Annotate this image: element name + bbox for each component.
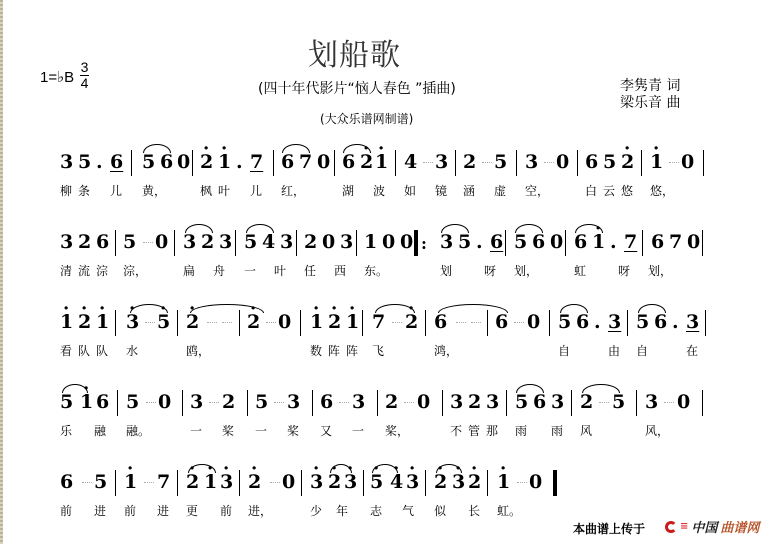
note: 5 <box>78 152 91 172</box>
barline <box>247 390 248 416</box>
lyric-syllable: 涵 <box>463 182 475 199</box>
note: 0 <box>529 472 542 492</box>
extension-dash <box>146 402 156 403</box>
extension-dash <box>456 322 466 323</box>
extension-dash <box>517 482 527 483</box>
barline <box>174 230 175 256</box>
extension-dash <box>266 322 276 323</box>
notes-line: 65172132032354323210 <box>0 470 765 500</box>
score-line: 121352201217266056.356.3看队队水鸥，数阵阵飞鸿，自由自在 <box>0 310 765 370</box>
note: 0 <box>681 152 694 172</box>
note: 6 <box>60 472 73 492</box>
note: 5 <box>603 152 616 172</box>
lyric-syllable: 风， <box>645 422 669 439</box>
key-signature: 1=♭B <box>40 68 74 86</box>
note: 5 <box>612 392 625 412</box>
note: 5 <box>558 312 571 332</box>
barline <box>703 150 704 176</box>
notes-line: 51650325363203235632530 <box>0 390 765 420</box>
time-numerator: 3 <box>81 60 89 75</box>
note: 3 <box>450 392 463 412</box>
barline <box>177 470 178 496</box>
extension-dash <box>145 322 155 323</box>
note: 2 <box>468 392 481 412</box>
note: 1 <box>218 152 231 172</box>
note: 5 <box>458 232 471 252</box>
lyric-syllable: 儿 <box>110 182 122 199</box>
logo-brand: 曲谱网 <box>720 517 759 536</box>
lyric-syllable: 桨 <box>287 422 299 439</box>
barline <box>115 310 116 336</box>
note: 3 <box>645 392 658 412</box>
lyric-syllable: 虚 <box>494 182 506 199</box>
note: 4 <box>262 232 275 252</box>
note: 2 <box>304 232 317 252</box>
score-line: 65172132032354323210前进前进更前进，少年志气似长虹。 <box>0 470 765 530</box>
barline <box>702 230 703 256</box>
barline <box>177 310 178 336</box>
note: 0 <box>400 232 413 252</box>
note: 5 <box>515 392 528 412</box>
lyric-syllable: 划 <box>440 262 452 279</box>
barline <box>192 150 193 176</box>
slur <box>582 384 620 393</box>
note: 0 <box>278 312 291 332</box>
extension-dash <box>471 322 481 323</box>
notes-line: 35.656021.767062143253065210 <box>0 150 765 180</box>
note: 3 <box>525 152 538 172</box>
barline <box>549 310 550 336</box>
lyric-syllable: 虹 <box>574 262 586 279</box>
lyric-syllable: 桨 <box>222 422 234 439</box>
note: 3 <box>126 312 139 332</box>
lyric-syllable: 叶 <box>218 182 230 199</box>
extension-dash <box>144 482 154 483</box>
barline <box>239 470 240 496</box>
dot-augmentation: . <box>96 152 103 172</box>
lyric-syllable: 条 <box>78 182 90 199</box>
note: 6 <box>110 152 123 172</box>
note: 6 <box>533 392 546 412</box>
note: 5 <box>142 152 155 172</box>
lyric-syllable: 自 <box>636 342 648 359</box>
lyric-syllable: 不 <box>450 422 462 439</box>
lyric-syllable: 管 <box>468 422 480 439</box>
note: 2 <box>328 472 341 492</box>
note: 0 <box>382 232 395 252</box>
note: 0 <box>556 152 569 172</box>
extension-dash <box>143 242 153 243</box>
lyric-syllable: 进 <box>157 502 169 519</box>
barline <box>487 470 488 496</box>
lyric-syllable: 队 <box>78 342 90 359</box>
lyric-syllable: 水 <box>126 342 138 359</box>
note: 0 <box>322 232 335 252</box>
lyric-syllable: 如 <box>404 182 416 199</box>
logo-c-icon <box>665 521 677 533</box>
note: 5 <box>494 152 507 172</box>
slur <box>560 304 588 313</box>
note: 5 <box>255 392 268 412</box>
note: 3 <box>452 472 465 492</box>
note: 7 <box>624 232 637 252</box>
barline <box>705 310 706 336</box>
lyric-syllable: 年 <box>336 502 348 519</box>
note: 2 <box>463 152 476 172</box>
note: 2 <box>186 312 199 332</box>
extension-dash <box>544 162 554 163</box>
time-signature: 3 4 <box>80 60 89 91</box>
note: 3 <box>60 232 73 252</box>
lyric-syllable: 进 <box>94 502 106 519</box>
lyric-syllable: 更 <box>186 502 198 519</box>
lyric-syllable: 湖 <box>342 182 354 199</box>
note: 3 <box>219 232 232 252</box>
notes-line: 121352201217266056.356.3 <box>0 310 765 340</box>
note: 3 <box>551 392 564 412</box>
note: 5 <box>244 232 257 252</box>
note: 3 <box>287 392 300 412</box>
lyric-syllable: 飞 <box>372 342 384 359</box>
barline <box>487 310 488 336</box>
lyric-syllable: 乐 <box>60 422 72 439</box>
lyric-syllable: 看 <box>60 342 72 359</box>
note: 6 <box>495 312 508 332</box>
note: 7 <box>250 152 263 172</box>
slur <box>515 224 543 233</box>
lyric-syllable: 融。 <box>126 422 150 439</box>
note: 6 <box>96 232 109 252</box>
note: 3 <box>60 152 73 172</box>
extension-dash <box>207 322 217 323</box>
lyric-syllable: 气 <box>402 502 414 519</box>
extension-dash <box>82 482 92 483</box>
dot-augmentation: . <box>476 232 483 252</box>
extension-dash <box>514 322 524 323</box>
note: 2 <box>385 392 398 412</box>
lyric-syllable: 划， <box>648 262 672 279</box>
lyric-syllable: 似 <box>434 502 446 519</box>
barline <box>182 390 183 416</box>
barline <box>334 150 335 176</box>
note: 0 <box>417 392 430 412</box>
barline <box>505 230 506 256</box>
lyric-syllable: 红， <box>281 182 305 199</box>
note: 1 <box>124 472 137 492</box>
barline <box>131 150 132 176</box>
note: 1 <box>310 312 323 332</box>
note: 3 <box>344 472 357 492</box>
lyric-syllable: 前 <box>124 502 136 519</box>
note: 5 <box>94 472 107 492</box>
lyric-syllable: 前 <box>60 502 72 519</box>
lyric-syllable: 桨， <box>385 422 409 439</box>
lyric-syllable: 鸥， <box>186 342 210 359</box>
lyric-syllable: 少 <box>310 502 322 519</box>
lyric-syllable: 清 <box>60 262 72 279</box>
lyric-syllable: 风 <box>580 422 592 439</box>
barline <box>239 310 240 336</box>
note: 5 <box>370 472 383 492</box>
lyric-syllable: 数 <box>310 342 322 359</box>
note: 2 <box>248 472 261 492</box>
lyric-syllable: 又 <box>320 422 332 439</box>
note: 2 <box>200 152 213 172</box>
lyric-syllable: 队 <box>96 342 108 359</box>
lyric-syllable: 融 <box>94 422 106 439</box>
lyric-syllable: 长 <box>468 502 480 519</box>
barline <box>425 470 426 496</box>
note: 0 <box>687 232 700 252</box>
lyric-syllable: 在 <box>686 342 698 359</box>
note: 3 <box>486 392 499 412</box>
lyric-syllable: 流 <box>78 262 90 279</box>
slur <box>516 384 544 393</box>
extension-dash <box>404 402 414 403</box>
lyric-syllable: 东。 <box>364 262 388 279</box>
extension-dash <box>423 162 433 163</box>
lyric-syllable: 虹。 <box>497 502 521 519</box>
note: 1 <box>96 312 109 332</box>
note: 5 <box>126 392 139 412</box>
note: 1 <box>80 392 93 412</box>
note: 7 <box>669 232 682 252</box>
lyric-syllable: 西 <box>334 262 346 279</box>
note: 2 <box>621 152 634 172</box>
barline <box>300 310 301 336</box>
dot-augmentation: . <box>610 232 617 252</box>
lyric-syllable: 呀 <box>618 262 630 279</box>
note: 6 <box>574 232 587 252</box>
time-denominator: 4 <box>81 76 89 91</box>
dot-augmentation: . <box>236 152 243 172</box>
logo-cn: 中国 <box>691 517 717 536</box>
barline <box>362 310 363 336</box>
logo-mark: ≡ <box>680 521 688 532</box>
note: 7 <box>299 152 312 172</box>
note: 3 <box>406 472 419 492</box>
lyric-syllable: 枫 <box>200 182 212 199</box>
lyric-syllable: 由 <box>608 342 620 359</box>
note: 1 <box>60 312 73 332</box>
barline <box>312 390 313 416</box>
note: 6 <box>532 232 545 252</box>
note: 5 <box>157 312 170 332</box>
lyric-syllable: 淙 <box>96 262 108 279</box>
barline <box>363 470 364 496</box>
note: 6 <box>576 312 589 332</box>
lyric-syllable: 叶 <box>274 262 286 279</box>
lyric-syllable: 悠 <box>621 182 633 199</box>
dot-augmentation: . <box>672 312 679 332</box>
lyric-syllable: 志 <box>370 502 382 519</box>
lyric-syllable: 黄， <box>142 182 166 199</box>
note: 1 <box>592 232 605 252</box>
barline <box>702 390 703 416</box>
note: 0 <box>282 472 295 492</box>
score-line: 32650323543203100:35.656061.7670清流淙淙，扁舟一… <box>0 230 765 290</box>
extension-dash <box>599 402 609 403</box>
slur <box>246 224 274 233</box>
lyric-syllable: 白 <box>585 182 597 199</box>
barline <box>442 390 443 416</box>
barline <box>516 150 517 176</box>
lyric-syllable: 云 <box>603 182 615 199</box>
slur <box>441 224 469 233</box>
lyric-syllable: 一 <box>244 262 256 279</box>
barline <box>455 150 456 176</box>
extension-dash <box>274 402 284 403</box>
barline <box>425 310 426 336</box>
note: 6 <box>160 152 173 172</box>
note: 2 <box>328 312 341 332</box>
barline <box>642 230 643 256</box>
note: 6 <box>651 232 664 252</box>
barline <box>115 470 116 496</box>
note: 2 <box>78 312 91 332</box>
barline <box>356 230 357 256</box>
note: 3 <box>686 312 699 332</box>
note: 1 <box>497 472 510 492</box>
lyric-syllable: 镜 <box>435 182 447 199</box>
note: 1 <box>204 472 217 492</box>
note: 3 <box>280 232 293 252</box>
note: 6 <box>342 152 355 172</box>
note: 2 <box>222 392 235 412</box>
extension-dash <box>339 402 349 403</box>
note: 1 <box>364 232 377 252</box>
slur <box>282 144 310 153</box>
lyric-syllable: 任 <box>304 262 316 279</box>
barline <box>395 150 396 176</box>
note: 2 <box>360 152 373 172</box>
lyric-syllable: 雨 <box>515 422 527 439</box>
barline <box>115 230 116 256</box>
barline <box>301 470 302 496</box>
score-line: 35.656021.767062143253065210柳条儿黄，枫叶儿红，湖波… <box>0 150 765 210</box>
note: 3 <box>435 152 448 172</box>
note: 4 <box>390 472 403 492</box>
note: 2 <box>201 232 214 252</box>
extension-dash <box>664 402 674 403</box>
lyric-syllable: 划， <box>514 262 538 279</box>
lyric-syllable: 鸿， <box>434 342 458 359</box>
note: 0 <box>158 392 171 412</box>
slur <box>638 304 666 313</box>
note: 2 <box>434 472 447 492</box>
lyric-syllable: 空， <box>525 182 549 199</box>
composer-credit: 梁乐音 曲 <box>620 92 680 112</box>
lyric-syllable: 波 <box>373 182 385 199</box>
note: 2 <box>405 312 418 332</box>
note: 6 <box>281 152 294 172</box>
note: 0 <box>527 312 540 332</box>
extension-dash <box>392 322 402 323</box>
slur <box>438 304 508 313</box>
lyric-syllable: 悠， <box>650 182 674 199</box>
note: 6 <box>490 232 503 252</box>
note: 0 <box>155 232 168 252</box>
lyric-syllable: 柳 <box>60 182 72 199</box>
note: 6 <box>654 312 667 332</box>
notes-line: 32650323543203100:35.656061.7670 <box>0 230 765 260</box>
note: 3 <box>352 392 365 412</box>
lyric-syllable: 儿 <box>250 182 262 199</box>
note: 6 <box>320 392 333 412</box>
note: 3 <box>310 472 323 492</box>
note: 0 <box>317 152 330 172</box>
note: 7 <box>157 472 170 492</box>
lyric-syllable: 阵 <box>346 342 358 359</box>
score-line: 51650325363203235632530乐融融。一桨一桨又一桨，不管那雨雨… <box>0 390 765 450</box>
note: 4 <box>404 152 417 172</box>
note: 7 <box>372 312 385 332</box>
barline <box>296 230 297 256</box>
upload-note: 本曲谱上传于 <box>573 520 645 537</box>
note: 5 <box>123 232 136 252</box>
note: 5 <box>514 232 527 252</box>
barline <box>117 390 118 416</box>
note: 3 <box>608 312 621 332</box>
note: 2 <box>580 392 593 412</box>
note: 3 <box>340 232 353 252</box>
note: 0 <box>550 232 563 252</box>
note: 1 <box>346 312 359 332</box>
note: 3 <box>440 232 453 252</box>
note: 0 <box>177 152 190 172</box>
barline <box>627 310 628 336</box>
lyric-syllable: 那 <box>486 422 498 439</box>
note: 2 <box>78 232 91 252</box>
site-logo[interactable]: ≡ 中国 曲谱网 <box>665 517 759 536</box>
note: 2 <box>468 472 481 492</box>
note: 5 <box>60 392 73 412</box>
song-subtitle: (四十年代影片“恼人春色 ”插曲) <box>258 78 456 98</box>
slur <box>143 144 171 153</box>
note: 1 <box>375 152 388 172</box>
song-title: 划船歌 <box>308 30 401 74</box>
dot-augmentation: . <box>594 312 601 332</box>
lyric-syllable: 自 <box>558 342 570 359</box>
note: 3 <box>220 472 233 492</box>
note: 1 <box>650 152 663 172</box>
lyric-syllable: 一 <box>352 422 364 439</box>
lyric-syllable: 雨 <box>551 422 563 439</box>
barline <box>506 390 507 416</box>
lyric-syllable: 呀 <box>484 262 496 279</box>
note: 0 <box>677 392 690 412</box>
repeat-start-barline: : <box>414 230 427 256</box>
final-barline <box>553 470 557 496</box>
note: 3 <box>190 392 203 412</box>
lyric-syllable: 扁 <box>183 262 195 279</box>
extension-dash <box>669 162 679 163</box>
slur <box>185 224 213 233</box>
note: 2 <box>247 312 260 332</box>
note: 6 <box>96 392 109 412</box>
note: 6 <box>434 312 447 332</box>
barline <box>641 150 642 176</box>
barline <box>577 150 578 176</box>
note: 3 <box>183 232 196 252</box>
lyric-syllable: 前 <box>220 502 232 519</box>
barline <box>571 390 572 416</box>
barline <box>235 230 236 256</box>
extension-dash <box>222 322 232 323</box>
note: 5 <box>636 312 649 332</box>
lyric-syllable: 一 <box>190 422 202 439</box>
barline <box>565 230 566 256</box>
